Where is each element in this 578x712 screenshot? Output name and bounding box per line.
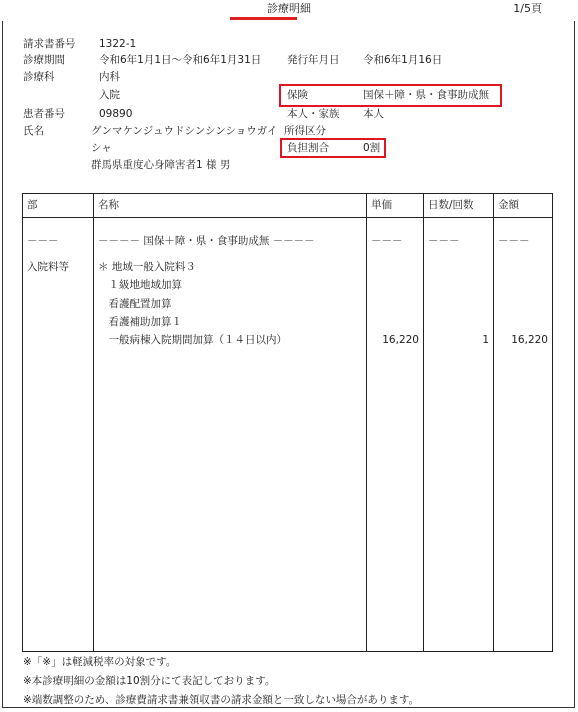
header-section: 部 xyxy=(23,194,94,218)
income-label: 所得区分 xyxy=(284,124,326,138)
name-label: 氏名 xyxy=(23,124,44,138)
table-header-row: 部 名称 単価 日数/回数 金額 xyxy=(23,194,553,218)
patient-no-label: 患者番号 xyxy=(23,107,65,121)
insurance-label: 保険 xyxy=(287,88,308,102)
patient-no: 09890 xyxy=(99,107,132,121)
item-name: ＊ 地域一般入院料３ xyxy=(98,258,362,276)
insurance: 国保＋障・県・食事助成無 xyxy=(363,88,489,102)
invoice-no-label: 請求書番号 xyxy=(23,37,76,51)
admission-type: 入院 xyxy=(99,88,120,102)
title-underline xyxy=(230,17,297,20)
separator-row: －－－ －－－－ 国保＋障・県・食事助成無 －－－－ －－－ －－－ －－－ xyxy=(23,218,553,253)
issue-date-label: 発行年月日 xyxy=(287,53,340,67)
header-name: 名称 xyxy=(94,194,367,218)
table-row: 入院料等 ＊ 地域一般入院料３ １級地地域加算 看護配置加算 看護補助加算１ 一… xyxy=(23,252,553,652)
cell-count: －－－ xyxy=(424,218,494,253)
invoice-no: 1322-1 xyxy=(99,37,136,51)
items-table: 部 名称 単価 日数/回数 金額 －－－ －－－－ 国保＋障・県・食事助成無 －… xyxy=(22,193,553,652)
name-kana-2: シャ xyxy=(91,141,112,155)
department-label: 診療科 xyxy=(23,70,55,84)
burden: 0割 xyxy=(363,141,380,155)
cell-name: ＊ 地域一般入院料３ １級地地域加算 看護配置加算 看護補助加算１ 一般病棟入院… xyxy=(94,252,367,652)
footer-note: ※端数調整のため、診療費請求書兼領収書の請求金額と一致しない場合があります。 xyxy=(23,693,419,707)
cell-section: 入院料等 xyxy=(23,252,94,652)
item-name: 看護補助加算１ xyxy=(98,313,362,331)
footer-note: ※本診療明細の金額は10割分にて表記しております。 xyxy=(23,674,275,688)
period: 令和6年1月1日～令和6年1月31日 xyxy=(99,53,261,67)
patient-name: 群馬県重度心身障害者1 様 男 xyxy=(91,158,230,172)
cell-name: －－－－ 国保＋障・県・食事助成無 －－－－ xyxy=(94,218,367,253)
header-unit-price: 単価 xyxy=(367,194,424,218)
department: 内科 xyxy=(99,70,120,84)
name-kana-1: グンマケンジュウドシンシンショウガイ xyxy=(91,124,277,138)
period-label: 診療期間 xyxy=(23,53,65,67)
cell-section: －－－ xyxy=(23,218,94,253)
page-title: 診療明細 xyxy=(0,2,578,16)
item-name: 一般病棟入院期間加算（１４日以内） xyxy=(98,331,362,349)
footer-note: ※「※」は軽減税率の対象です。 xyxy=(23,655,176,669)
item-name: 看護配置加算 xyxy=(98,295,362,313)
header-amount: 金額 xyxy=(494,194,553,218)
cell-unit-price: 16,220 xyxy=(367,252,424,652)
cell-count: 1 xyxy=(424,252,494,652)
issue-date: 令和6年1月16日 xyxy=(363,53,442,67)
burden-label: 負担割合 xyxy=(287,141,329,155)
cell-amount: －－－ xyxy=(494,218,553,253)
insured: 本人 xyxy=(363,107,384,121)
page-number: 1/5頁 xyxy=(513,2,542,16)
cell-unit-price: －－－ xyxy=(367,218,424,253)
cell-amount: 16,220 xyxy=(494,252,553,652)
insured-label: 本人・家族 xyxy=(287,107,340,121)
header-count: 日数/回数 xyxy=(424,194,494,218)
item-name: １級地地域加算 xyxy=(98,276,362,294)
